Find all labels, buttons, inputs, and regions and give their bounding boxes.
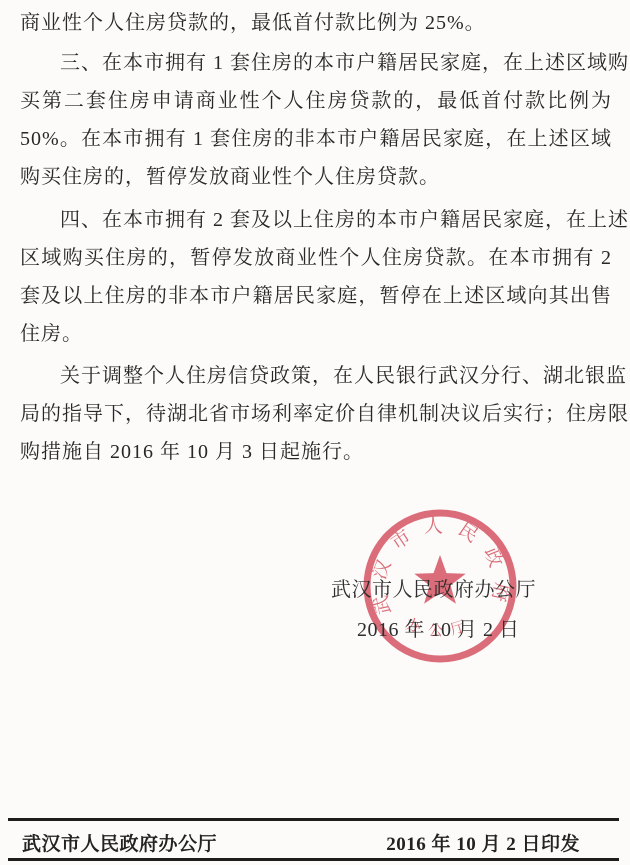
signature-date: 2016 年 10 月 2 日 bbox=[357, 613, 520, 642]
body-line: 四、在本市拥有 2 套及以上住房的本市户籍居民家庭，在上述 bbox=[20, 201, 612, 239]
footer-issuing-office: 武汉市人民政府办公厅 bbox=[22, 829, 217, 856]
document-body: 商业性个人住房贷款的，最低首付款比例为 25%。 三、在本市拥有 1 套住房的本… bbox=[20, 4, 612, 471]
signature-org: 武汉市人民政府办公厅 bbox=[331, 573, 536, 602]
body-line: 套及以上住房的非本市户籍居民家庭，暂停在上述区域向其出售 bbox=[20, 277, 612, 315]
body-line: 买第二套住房申请商业性个人住房贷款的，最低首付款比例为 bbox=[20, 82, 612, 120]
paragraph-closing: 关于调整个人住房信贷政策，在人民银行武汉分行、湖北银监 局的指导下，待湖北省市场… bbox=[20, 357, 612, 471]
body-line: 购买住房的，暂停发放商业性个人住房贷款。 bbox=[20, 158, 612, 196]
paragraph-continuation: 商业性个人住房贷款的，最低首付款比例为 25%。 bbox=[20, 4, 612, 42]
footer-print-date: 2016 年 10 月 2 日印发 bbox=[386, 829, 580, 856]
body-line: 商业性个人住房贷款的，最低首付款比例为 25%。 bbox=[20, 4, 612, 42]
paragraph-item-3: 三、在本市拥有 1 套住房的本市户籍居民家庭，在上述区域购 买第二套住房申请商业… bbox=[20, 44, 612, 196]
body-line: 住房。 bbox=[20, 315, 612, 353]
body-line: 关于调整个人住房信贷政策，在人民银行武汉分行、湖北银监 bbox=[20, 357, 612, 395]
paragraph-item-4: 四、在本市拥有 2 套及以上住房的本市户籍居民家庭，在上述 区域购买住房的，暂停… bbox=[20, 201, 612, 353]
body-line: 区域购买住房的，暂停发放商业性个人住房贷款。在本市拥有 2 bbox=[20, 239, 612, 277]
body-line: 局的指导下，待湖北省市场利率定价自律机制决议后实行；住房限 bbox=[20, 395, 612, 433]
body-line: 50%。在本市拥有 1 套住房的非本市户籍居民家庭，在上述区域 bbox=[20, 120, 612, 158]
body-line: 三、在本市拥有 1 套住房的本市户籍居民家庭，在上述区域购 bbox=[20, 44, 612, 82]
footer-rule-top bbox=[8, 818, 619, 821]
document-page: 商业性个人住房贷款的，最低首付款比例为 25%。 三、在本市拥有 1 套住房的本… bbox=[0, 0, 630, 865]
footer-rule-bottom bbox=[8, 858, 619, 861]
body-line: 购措施自 2016 年 10 月 3 日起施行。 bbox=[20, 433, 612, 471]
